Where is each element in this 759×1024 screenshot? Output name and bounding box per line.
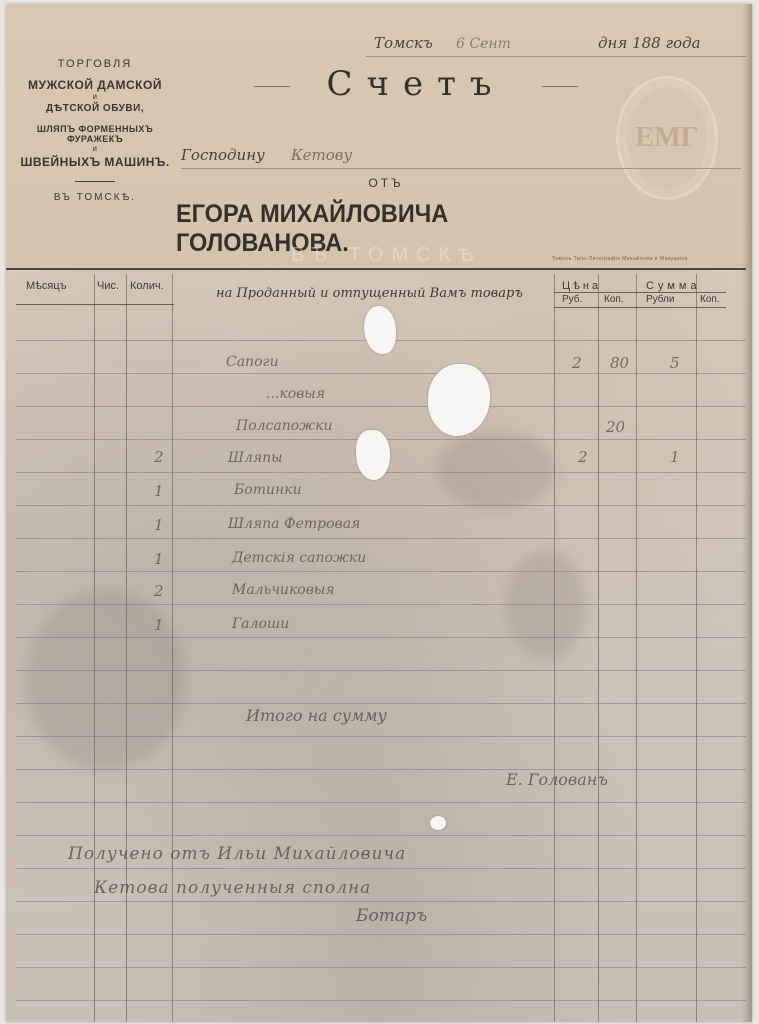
ruled-line — [16, 835, 746, 836]
place-date-line: Томскъ 6 Сент дня 188 года — [366, 34, 746, 57]
document-title: Счетъ — [286, 64, 546, 104]
row-item: Детскія сапожки — [232, 550, 366, 566]
ruled-line — [16, 934, 746, 935]
col-price-rub-header: Руб. — [562, 294, 582, 305]
merchant-and-1: и — [20, 92, 170, 101]
ruled-line — [16, 769, 746, 770]
ruled-line — [16, 967, 746, 968]
ruled-line — [16, 505, 746, 506]
seller-signature: Е. Голованъ — [506, 770, 608, 789]
col-sum-header: Сумма — [646, 280, 701, 292]
paper-hole — [356, 430, 390, 480]
row-qty: 1 — [154, 550, 164, 568]
invoice-sheet: ТОРГОВЛЯ МУЖСКОЙ ДАМСКОЙ и ДѢТСКОЙ ОБУВИ… — [6, 4, 752, 1022]
row-price-rub: 2 — [578, 448, 588, 466]
row-item: Шляпы — [228, 450, 283, 466]
addressee-name: Кетову — [291, 146, 352, 164]
stain — [506, 550, 586, 660]
col-price-header: Цѣна — [562, 280, 601, 292]
receipt-note-line-1: Получено отъ Ильи Михайловича — [68, 844, 406, 864]
day-year-label: дня 188 года — [598, 34, 701, 52]
ruled-line — [16, 373, 746, 374]
col-qty-header: Колич. — [130, 280, 164, 292]
ruled-line — [16, 901, 746, 902]
merchant-and-2: и — [20, 144, 170, 153]
row-sum-rub: 5 — [670, 354, 680, 372]
row-qty: 1 — [154, 482, 164, 500]
row-item: Галоши — [232, 616, 289, 632]
merchant-trade: ТОРГОВЛЯ — [20, 58, 170, 70]
ruled-line — [16, 571, 746, 572]
monogram-watermark: ЕМГ — [616, 76, 718, 200]
row-price-rub: 2 — [572, 354, 582, 372]
row-item: Полсапожки — [236, 418, 332, 434]
date-handwritten: 6 Сент — [456, 36, 511, 52]
stain — [26, 590, 186, 770]
header-underline — [554, 307, 726, 308]
merchant-divider — [75, 181, 115, 182]
col-divider — [636, 274, 637, 1022]
row-item: Ботинки — [234, 482, 302, 498]
row-qty: 1 — [154, 516, 164, 534]
ghost-city-text: ВЪ ТОМСКѢ — [291, 244, 482, 267]
merchant-line-2: ДѢТСКОЙ ОБУВИ, — [20, 103, 170, 114]
col-price-kop-header: Коп. — [604, 294, 624, 305]
addressee-line: Господину Кетову — [181, 146, 741, 169]
header-underline — [554, 292, 726, 293]
col-divider — [696, 274, 697, 1022]
merchant-city: ВЪ ТОМСКѢ. — [20, 192, 170, 203]
ruled-line — [16, 868, 746, 869]
paper-edge-shadow — [742, 4, 752, 1022]
col-month-header: Мѣсяцъ — [26, 280, 67, 292]
col-divider — [598, 274, 599, 1022]
row-item: ...ковыя — [266, 386, 325, 402]
ruled-line — [16, 1000, 746, 1001]
receipt-note-line-2: Кетова полученныя сполна — [94, 878, 371, 898]
from-label: ОТЪ — [306, 176, 466, 190]
place-label: Томскъ — [374, 34, 433, 52]
row-item: Мальчиковыя — [232, 582, 335, 598]
ruled-line — [16, 538, 746, 539]
addressee-label: Господину — [181, 146, 265, 164]
header-underline — [16, 304, 174, 305]
invoice-header: ТОРГОВЛЯ МУЖСКОЙ ДАМСКОЙ и ДѢТСКОЙ ОБУВИ… — [6, 4, 752, 268]
merchant-line-1: МУЖСКОЙ ДАМСКОЙ — [20, 78, 170, 92]
col-description-header: на Проданный и отпущенный Вамъ товаръ — [216, 286, 523, 301]
row-item: Сапоги — [226, 354, 279, 370]
ledger-table: Мѣсяцъ Чис. Колич. на Проданный и отпуще… — [6, 270, 752, 1022]
row-item: Шляпа Фетровая — [228, 516, 360, 532]
receipt-signature: Ботаръ — [356, 906, 427, 926]
row-price-kop: 80 — [610, 354, 629, 372]
total-line: Итого на сумму — [246, 706, 387, 725]
printer-imprint: Томскъ Типо-Литографія Михайлова и Макуш… — [552, 256, 688, 262]
row-price-kop: 20 — [606, 418, 625, 436]
col-sum-rub-header: Рубли — [646, 294, 674, 305]
ruled-line — [16, 406, 746, 407]
merchant-block: ТОРГОВЛЯ МУЖСКОЙ ДАМСКОЙ и ДѢТСКОЙ ОБУВИ… — [20, 58, 170, 203]
ruled-line — [16, 802, 746, 803]
paper-hole — [430, 816, 446, 830]
stain — [436, 430, 556, 510]
col-sum-kop-header: Коп. — [700, 294, 720, 305]
row-qty: 2 — [154, 582, 164, 600]
col-day-header: Чис. — [97, 280, 119, 292]
row-qty: 2 — [154, 448, 164, 466]
merchant-line-3: ШЛЯПЪ ФОРМЕННЫХЪ ФУРАЖЕКЪ — [20, 124, 170, 144]
merchant-line-4: ШВЕЙНЫХЪ МАШИНЪ. — [20, 155, 170, 169]
row-sum-rub: 1 — [670, 448, 680, 466]
